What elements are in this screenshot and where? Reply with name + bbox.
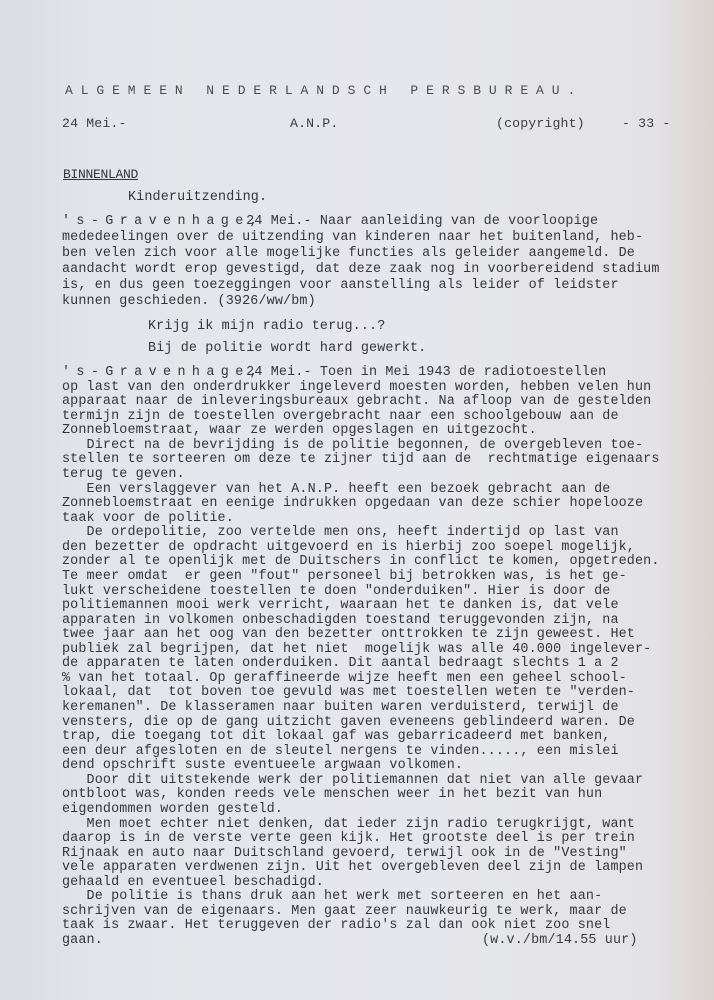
article-line: kunnen geschieden. (3926/ww/bm) (62, 293, 316, 311)
section-heading: BINNENLAND (63, 166, 138, 184)
article-subheadline: Bij de politie wordt hard gewerkt. (148, 340, 426, 358)
masthead-title: ALGEMEEN NEDERLANDSCH PERSBUREAU. (65, 82, 583, 100)
article-headline: Kinderuitzending. (128, 189, 267, 207)
typewritten-press-bulletin: ALGEMEEN NEDERLANDSCH PERSBUREAU. 24 Mei… (0, 0, 714, 1000)
header-date: 24 Mei.- (62, 115, 127, 133)
header-page-number: - 33 - (622, 115, 670, 133)
article-line: gaan. (62, 932, 103, 950)
header-rights: (copyright) (496, 115, 585, 133)
header-agency: A.N.P. (290, 115, 338, 133)
article-headline: Krijg ik mijn radio terug...? (148, 318, 385, 336)
article-signature: (w.v./bm/14.55 uur) (482, 932, 638, 950)
